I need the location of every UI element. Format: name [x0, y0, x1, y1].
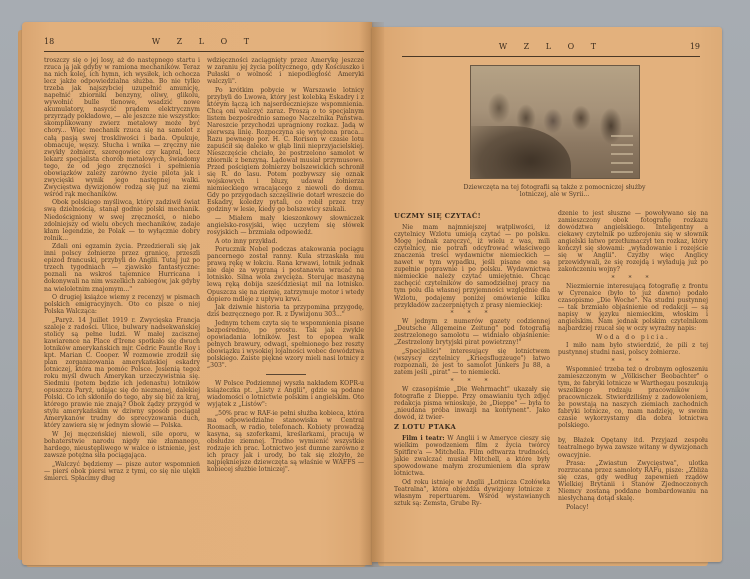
magazine-title-left: W Z L O T [44, 37, 364, 46]
paragraph: Nie mam najmniejszej wątpliwości, iż czy… [394, 224, 550, 309]
photo-rail [611, 128, 633, 176]
paragraph: Od roku istnieje w Anglii „Lotnicza Czoł… [394, 479, 550, 507]
left-page-header: 18 W Z L O T [44, 37, 364, 52]
paragraph: Jak dziwnie historia ta przypomina przyg… [207, 304, 364, 318]
sign-text: Woda do picia. [558, 334, 708, 341]
page-number-right: 19 [690, 42, 700, 51]
paragraph: — Miałem mały kieszonkowy słowniczek ang… [207, 215, 364, 236]
paragraph: Prasa: „Zwiastun Zwycięstwa", ulotka roz… [558, 460, 708, 502]
paragraph: Po krótkim pobycie w Warszawie lotnicy p… [207, 87, 364, 214]
paragraph: W jednym z numerów gazety codziennej „De… [394, 318, 550, 346]
paragraph: Porucznik Nobel podczas atakowania pocią… [207, 246, 364, 302]
paragraph: by, Błażek Opętany itd. Przyjazd zespołu… [558, 437, 708, 458]
photo-vehicle [471, 126, 571, 178]
lead-label: Film i teatr: [402, 435, 445, 442]
paragraph: W Polsce Podziemnej wyszła nakładem KOPR… [207, 380, 364, 408]
paragraph: „Paryż. 14 Juillet 1919 r. Zwycięska Fra… [44, 317, 200, 430]
separator-stars: * * * [394, 310, 550, 317]
paragraph: Polacy! [558, 504, 708, 511]
paragraph: „50% prac w RAF-ie pełni służba kobieca,… [207, 410, 364, 473]
paragraph: W czasopiśmie „Die Wehrmacht" ukazały si… [394, 386, 550, 421]
photo-caption: Dziewczęta na tej fotografii są także z … [452, 184, 657, 199]
paragraph: Niezmiernie interesującą fotografię z fr… [558, 283, 708, 332]
section-heading: UCZMY SIĘ CZYTAĆ! [394, 213, 550, 220]
paragraph: O drugiej książce wiemy z recenzyj w pis… [44, 294, 200, 315]
separator-stars: * * * [558, 358, 708, 365]
right-page: W Z L O T 19 Dziewczęta na tej fotografi… [372, 27, 722, 562]
paragraph: „Walczyć będziemy — pisze autor wspomnie… [44, 461, 200, 482]
paragraph: Wspomnieć trzeba też o drobnym ogłoszeni… [558, 366, 708, 429]
left-column-2: wdzięczności zaciągnięty przez Amerykę j… [207, 57, 364, 475]
paragraph: Zdali oni egzamin życia. Przedzierali si… [44, 243, 200, 292]
separator-stars: * * * [558, 275, 708, 282]
right-page-header: W Z L O T 19 [402, 42, 700, 57]
paragraph: I miło nam było stwierdzić, że pili z te… [558, 342, 708, 356]
paragraph: Obok polskiego myśliwca, który zadziwił … [44, 199, 200, 241]
photograph [470, 65, 640, 179]
right-column-2: dzenie to jest słuszne — powoływano się … [558, 210, 708, 512]
paragraph: W Jej męczeńskiej niewoli, sile oporu, w… [44, 431, 200, 459]
separator-stars: * * * [394, 378, 550, 385]
section-heading: Z LOTU PTAKA [394, 424, 550, 431]
paragraph: dzenie to jest słuszne — powoływano się … [558, 210, 708, 273]
paragraph: Jednym tchem czyta się te wspomnienia pi… [207, 320, 364, 369]
left-column-1: troszczy się o jej losy, aż do następneg… [44, 57, 200, 483]
paragraph: „Specjaliści" interesujący się lotnictwe… [394, 348, 550, 376]
paragraph: wdzięczności zaciągnięty przez Amerykę j… [207, 57, 364, 85]
paragraph-text: W Anglii i w Ameryce cieszy się wielkim … [394, 435, 550, 477]
paragraph: A oto inny przykład. [207, 238, 364, 245]
paragraph: Film i teatr: W Anglii i w Ameryce ciesz… [394, 435, 550, 477]
paragraph: troszczy się o jej losy, aż do następneg… [44, 57, 200, 198]
right-column-1: UCZMY SIĘ CZYTAĆ! Nie mam najmniejszej w… [394, 210, 550, 508]
left-page: 18 W Z L O T troszczy się o jej losy, aż… [22, 22, 372, 565]
section-divider [266, 374, 306, 375]
magazine-title-right: W Z L O T [402, 42, 700, 51]
